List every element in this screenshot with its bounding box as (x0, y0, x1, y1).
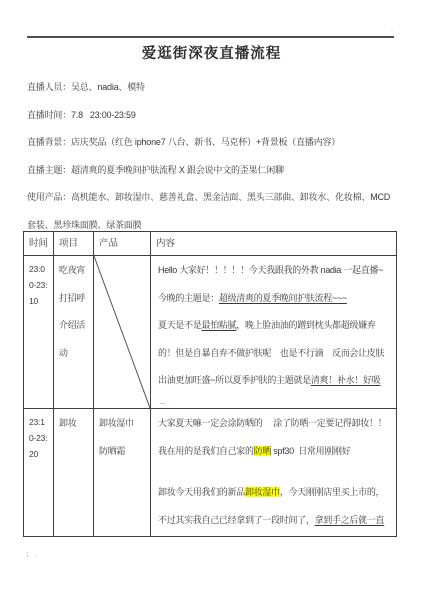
page-artifact-bottom-left: ；. (26, 549, 39, 559)
table-row: 23:00-23:10 吃夜宵打招呼介绍活动 Hello 大家好！！！！！今天我… (24, 256, 397, 409)
info-line-time: 直播时间：7.8 23:00-23:59 (27, 102, 397, 130)
header-cell-product: 产品 (94, 232, 151, 256)
info-line-background: 直播背景：店庆奖品（红色 iphone7 八台、新书、马克杯）+背景板（直播内容… (27, 129, 397, 157)
header-cell-time: 时间 (24, 232, 54, 256)
item-cell: 卸妆 (54, 409, 94, 537)
item-cell: 吃夜宵打招呼介绍活动 (54, 256, 94, 409)
diagonal-strikethrough-line (94, 256, 150, 408)
schedule-table: 时间 项目 产品 内容 23:00-23:10 吃夜宵打招呼介绍活动 Hello… (23, 231, 397, 537)
time-cell: 23:10-23:20 (24, 409, 54, 537)
document-page: · 爱逛街深夜直播流程 直播人员：吴总、nadia、模特 直播时间：7.8 23… (0, 0, 423, 600)
content-cell: Hello 大家好！！！！！今天我跟我的外教 nadia 一起直播~今晚的主题是… (151, 256, 397, 409)
table-row: 23:10-23:20 卸妆 卸妆湿巾防晒霜 大家夏天嘛一定会涂防晒的 涂了防晒… (24, 409, 397, 537)
header-cell-content: 内容 (151, 232, 397, 256)
product-cell-empty (94, 256, 151, 409)
info-line-personnel: 直播人员：吴总、nadia、模特 (27, 74, 397, 102)
page-artifact-top-right: · (391, 29, 393, 35)
info-section: 直播人员：吴总、nadia、模特 直播时间：7.8 23:00-23:59 直播… (27, 74, 397, 239)
product-cell: 卸妆湿巾防晒霜 (94, 409, 151, 537)
header-rule (27, 36, 394, 38)
time-cell: 23:00-23:10 (24, 256, 54, 409)
info-line-theme: 直播主题：超清爽的夏季晚间护肤流程 X 跟会说中文的歪果仁闲聊 (27, 157, 397, 185)
content-cell: 大家夏天嘛一定会涂防晒的 涂了防晒一定要记得卸妆！！我在用的是我们自己家的防晒 … (151, 409, 397, 537)
page-title: 爱逛街深夜直播流程 (0, 42, 423, 63)
header-cell-item: 项目 (54, 232, 94, 256)
table-header-row: 时间 项目 产品 内容 (24, 232, 397, 256)
